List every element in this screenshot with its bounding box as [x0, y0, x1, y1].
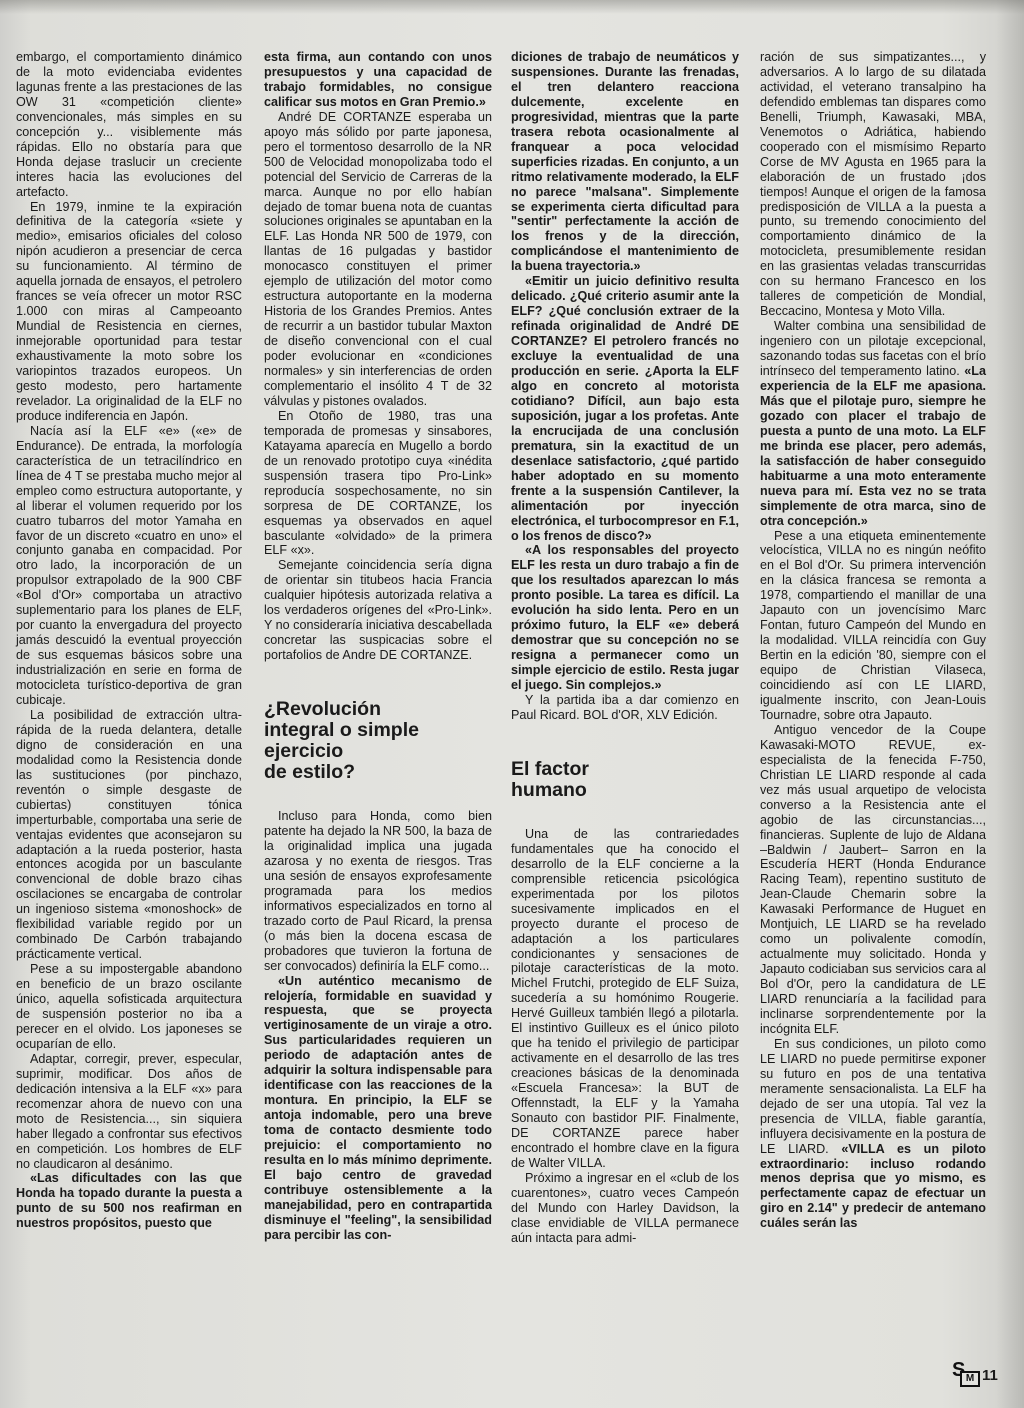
magazine-logo-icon: S M: [952, 1365, 978, 1385]
quote-paragraph: «Emitir un juicio definitivo resulta del…: [511, 274, 739, 543]
paragraph: Adaptar, corregir, prever, especular, su…: [16, 1052, 242, 1172]
quote-paragraph: «A los responsables del proyecto ELF les…: [511, 543, 739, 693]
article-column-4: ración de sus simpatizantes..., y advers…: [760, 50, 986, 1231]
paragraph: Pese a una etiqueta eminentemente velocí…: [760, 529, 986, 723]
paragraph: En Otoño de 1980, tras una temporada de …: [264, 409, 492, 559]
paragraph: ración de sus simpatizantes..., y advers…: [760, 50, 986, 319]
paragraph: En 1979, inmine te la expiración definit…: [16, 200, 242, 424]
paragraph: Antiguo vencedor de la Coupe Kawasaki-MO…: [760, 723, 986, 1037]
paragraph: Y la partida iba a dar comienzo en Paul …: [511, 693, 739, 723]
magazine-page: embargo, el comportamiento dinámico de l…: [0, 0, 1024, 1408]
quote-paragraph: «Un auténtico mecanismo de relojería, fo…: [264, 974, 492, 1243]
paragraph: Semejante coincidencia sería digna de or…: [264, 558, 492, 663]
scan-shadow-right: [996, 0, 1024, 1408]
paragraph: La posibilidad de extracción ultra-rápid…: [16, 708, 242, 962]
paragraph: Incluso para Honda, como bien patente ha…: [264, 809, 492, 973]
quote-paragraph: esta firma, aun contando con unos presup…: [264, 50, 492, 110]
quote-paragraph: «Las dificultades con las que Honda ha t…: [16, 1171, 242, 1231]
paragraph: André DE CORTANZE esperaba un apoyo más …: [264, 110, 492, 409]
paragraph: embargo, el comportamiento dinámico de l…: [16, 50, 242, 200]
paragraph: Nacía así la ELF «e» («e» de Endurance).…: [16, 424, 242, 708]
article-column-1: embargo, el comportamiento dinámico de l…: [16, 50, 242, 1231]
section-heading-revolucion: ¿Revolución integral o simple ejercicio …: [264, 699, 492, 783]
article-column-2: esta firma, aun contando con unos presup…: [264, 50, 492, 1243]
paragraph: En sus condiciones, un piloto como LE LI…: [760, 1037, 986, 1231]
paragraph: Walter combina una sensibilidad de ingen…: [760, 319, 986, 528]
paragraph: Una de las contrariedades fundamentales …: [511, 827, 739, 1171]
quote-paragraph: diciones de trabajo de neumáticos y susp…: [511, 50, 739, 274]
page-footer: S M 11: [952, 1365, 998, 1385]
paragraph: Próximo a ingresar en el «club de los cu…: [511, 1171, 739, 1246]
paragraph: Pese a su impostergable abandono en bene…: [16, 962, 242, 1052]
scan-shadow-top: [0, 0, 1024, 14]
villa-quote: «La experiencia de la ELF me apasiona. M…: [760, 364, 986, 528]
section-heading-factor-humano: El factor humano: [511, 759, 739, 801]
article-column-3: diciones de trabajo de neumáticos y susp…: [511, 50, 739, 1246]
